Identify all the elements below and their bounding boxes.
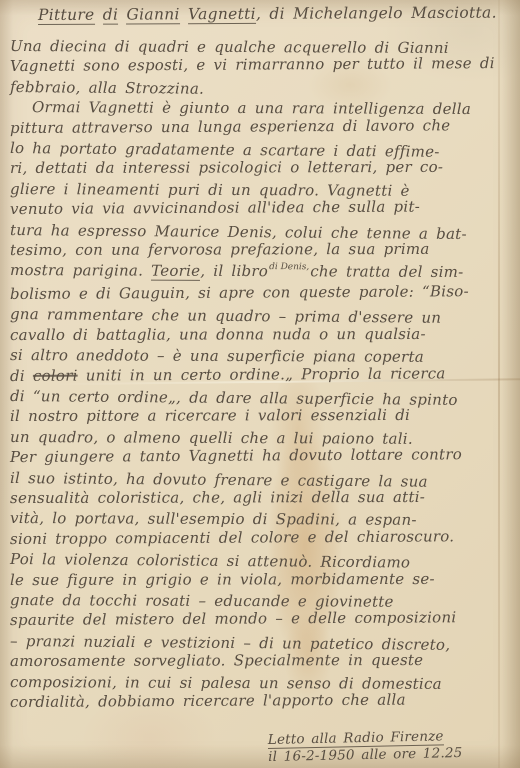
text-segment: Pitture [38,6,95,25]
text-segment: di [10,366,33,384]
manuscript-body: Una diecina di quadri e qualche acquerel… [10,36,514,712]
text-line: il 16-2-1950 alle ore 12.25 [268,745,463,766]
text-segment: venuto via via avvicinandosi all'idea ch… [10,198,420,219]
text-segment: , di Michelangelo Masciotta. [256,4,497,23]
text-line: pittura attraverso una lunga esperienza … [10,115,514,138]
text-line: Vagnetti sono esposti, e vi rimarranno p… [10,53,514,76]
text-segment: cavallo di battaglia, una donna nuda o u… [10,325,426,344]
paragraph-main: Ormai Vagnetti è giunto a una rara intel… [10,97,514,712]
text-segment: pittura attraverso una lunga esperienza … [10,116,450,137]
text-line: venuto via via avvicinandosi all'idea ch… [10,196,514,219]
text-segment: che tratta del sim- [310,263,463,282]
manuscript-page: Pitture di Gianni Vagnetti, di Michelang… [0,0,520,768]
text-segment: le sue figure in grigio e in viola, morb… [10,569,435,588]
text-line: Per giungere a tanto Vagnetti ha dovuto … [10,444,514,467]
text-segment: colori [33,366,78,384]
text-segment: il 16-2-1950 alle ore 12.25 [268,745,463,765]
text-line: amorosamente sorvegliato. Specialmente i… [10,650,514,672]
text-segment [94,6,102,24]
text-segment: Teorie [151,262,200,281]
text-segment: cordialità, dobbiamo ricercare l'apporto… [10,691,406,711]
text-segment: mostra parigina. [10,261,151,280]
text-segment: Vagnetti sono esposti, e vi rimarranno p… [10,54,495,75]
text-line: spaurite del mistero del mondo – e delle… [10,607,514,630]
text-segment: sioni troppo compiacenti del colore e de… [10,527,454,548]
text-segment [180,5,188,23]
text-line: tesimo, con una fervorosa prefazione, la… [10,239,514,261]
text-line: il nostro pittore a ricercare i valori e… [10,405,514,427]
text-segment: spaurite del mistero del mondo – e delle… [10,609,457,630]
text-segment: di [103,6,119,25]
text-segment: ri, dettati da interessi psicologici o l… [10,158,443,177]
text-line: bolismo e di Gauguin, si apre con queste… [10,281,514,304]
text-line: ri, dettati da interessi psicologici o l… [10,157,514,179]
text-segment: tesimo, con una fervorosa prefazione, la… [10,240,430,259]
text-line: sioni troppo compiacenti del colore e de… [10,526,514,549]
text-segment: Per giungere a tanto Vagnetti ha dovuto … [10,445,462,466]
text-segment: febbraio, alla Strozzina. [10,78,204,98]
text-segment: amorosamente sorvegliato. Specialmente i… [10,651,423,670]
text-segment: Vagnetti [188,5,256,24]
text-line: le sue figure in grigio e in viola, morb… [10,568,514,590]
paragraph-intro: Una diecina di quadri e qualche acquerel… [10,36,514,97]
manuscript-title: Pitture di Gianni Vagnetti, di Michelang… [38,4,510,24]
text-line: di colori uniti in un certo ordine.„ Pro… [10,362,514,385]
text-segment: bolismo e di Gauguin, si apre con queste… [10,282,469,303]
text-segment: uniti in un certo ordine.„ Proprio la ri… [78,364,446,384]
text-line: sensualità coloristica, che, agli inizi … [10,487,514,509]
text-segment: , il libro [200,262,268,280]
text-line: cordialità, dobbiamo ricercare l'apporto… [10,689,514,712]
text-segment: il nostro pittore a ricercare i valori e… [10,406,410,425]
text-segment: sensualità coloristica, che, agli inizi … [10,488,425,507]
radio-note: Letto alla Radio Firenzeil 16-2-1950 all… [267,728,462,766]
text-segment: di Denis, [269,258,309,279]
text-segment: Gianni [126,5,179,24]
text-line: cavallo di battaglia, una donna nuda o u… [10,323,514,345]
